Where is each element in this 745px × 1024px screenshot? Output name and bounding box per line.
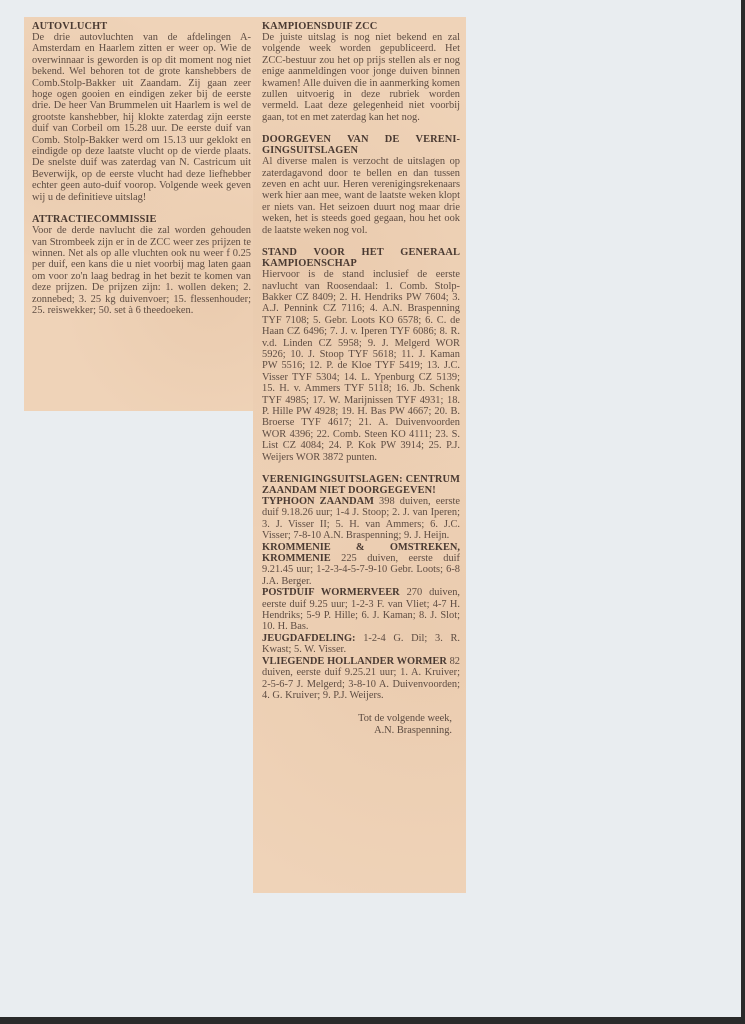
article-autovlucht: AUTOVLUCHT De drie autovluchten van de a…	[32, 21, 251, 203]
club-name: TYPHOON ZAANDAM	[262, 496, 374, 507]
article-headline: KAMPIOENSDUIF ZCC	[262, 21, 460, 32]
club-results: TYPHOON ZAANDAM 398 duiven, eerste duif …	[262, 496, 460, 701]
article-body: Hiervoor is de stand inclusief de eerste…	[262, 269, 460, 463]
article-generaal-kampioenschap: STAND VOOR HET GENERAAL KAMPIOENSCHAP Hi…	[262, 247, 460, 463]
article-body: De juiste uitslag is nog niet bekend en …	[262, 32, 460, 123]
signoff-line: Tot de volgende week,	[262, 713, 452, 725]
newspaper-clipping-left: AUTOVLUCHT De drie autovluchten van de a…	[24, 17, 256, 411]
article-doorgeven: DOORGEVEN VAN DE VERENI­GINGSUITSLAGEN A…	[262, 134, 460, 236]
newspaper-clipping-right: KAMPIOENSDUIF ZCC De juiste uitslag is n…	[253, 17, 466, 893]
article-body: Al diverse malen is verzocht de uitslage…	[262, 156, 460, 236]
scanned-page: AUTOVLUCHT De drie autovluchten van de a…	[0, 0, 741, 1017]
article-headline: STAND VOOR HET GENERAAL KAMPIOENSCHAP	[262, 247, 460, 269]
article-attractiecommissie: ATTRACTIECOMMISSIE Voor de derde navluch…	[32, 214, 251, 316]
club-name: POSTDUIF WORMERVEER	[262, 587, 400, 598]
article-verenigingsuitslagen: VERENIGINGSUITSLAGEN: CEN­TRUM ZAANDAM N…	[262, 474, 460, 701]
article-body: De drie autovluchten van de afdelingen A…	[32, 32, 251, 203]
club-name: JEUGDAFDELING:	[262, 633, 356, 644]
article-body: Voor de derde navlucht die zal worden ge…	[32, 225, 251, 316]
article-kampioensduif: KAMPIOENSDUIF ZCC De juiste uitslag is n…	[262, 21, 460, 123]
article-headline: DOORGEVEN VAN DE VERENI­GINGSUITSLAGEN	[262, 134, 460, 156]
article-headline: VERENIGINGSUITSLAGEN: CEN­TRUM ZAANDAM N…	[262, 474, 460, 496]
author-name: A.N. Braspenning.	[262, 725, 452, 737]
author-signoff: Tot de volgende week, A.N. Braspenning.	[262, 713, 460, 737]
article-headline: ATTRACTIECOMMISSIE	[32, 214, 251, 225]
article-headline: AUTOVLUCHT	[32, 21, 251, 32]
club-name: VLIEGENDE HOLLANDER WOR­MER	[262, 656, 447, 667]
